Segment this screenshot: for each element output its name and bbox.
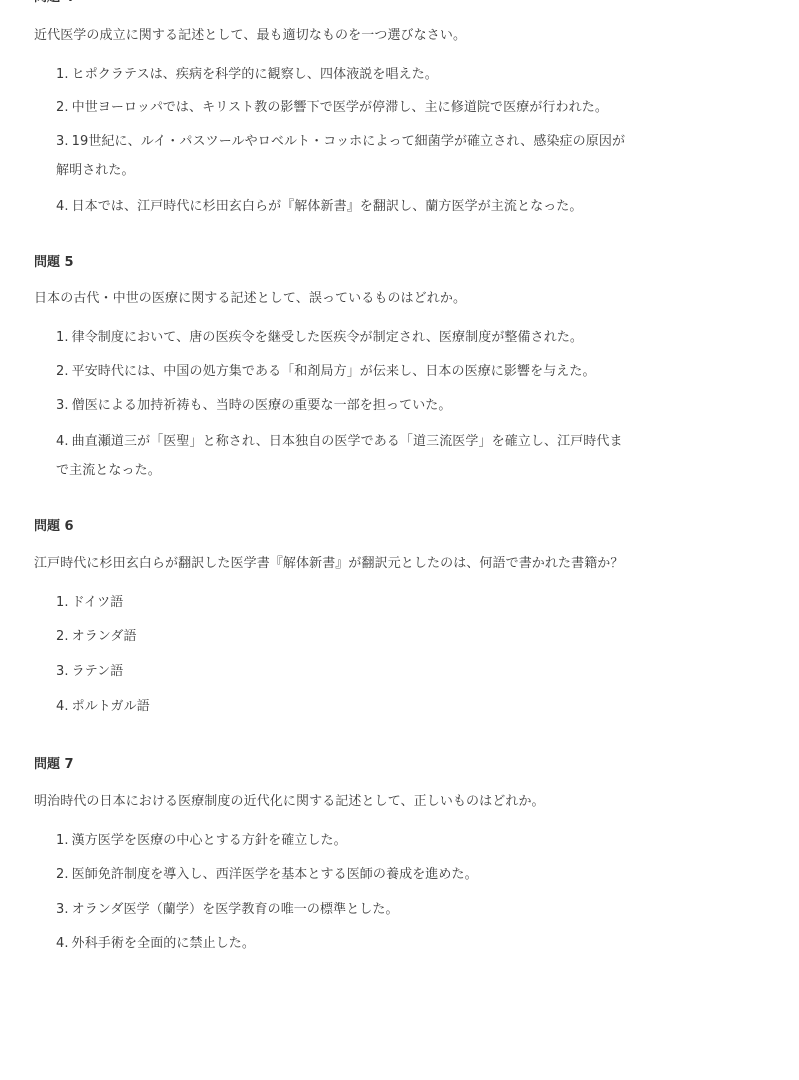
option-number: 2. [56,100,69,115]
option-number: 1. [56,330,69,345]
option-number: 2. [56,867,69,882]
answer-option: 3.僧医による加持祈祷も、当時の医療の重要な一部を担っていた。 [56,398,452,414]
answer-option: 3.オランダ医学（蘭学）を医学教育の唯一の標準とした。 [56,902,399,918]
option-number: 1. [56,833,69,848]
quiz-document: 問題 4 近代医学の成立に関する記述として、最も適切なものを一つ選びなさい。 1… [0,0,799,1080]
option-text: オランダ医学（蘭学）を医学教育の唯一の標準とした。 [72,902,399,917]
option-number: 1. [56,67,69,82]
answer-option: 3.19世紀に、ルイ・パスツールやロベルト・コッホによって細菌学が確立され、感染… [56,134,625,150]
option-text: 中世ヨーロッパでは、キリスト教の影響下で医学が停滞し、主に修道院で医療が行われた… [72,100,608,115]
option-number: 4. [56,699,69,714]
option-text: 律令制度において、唐の医疾令を継受した医疾令が制定され、医療制度が整備された。 [72,330,583,345]
option-number: 4. [56,936,69,951]
question-heading: 問題 4 [34,0,74,6]
question-prompt: 日本の古代・中世の医療に関する記述として、誤っているものはどれか。 [34,291,466,307]
answer-option: 2.平安時代には、中国の処方集である「和剤局方」が伝来し、日本の医療に影響を与え… [56,364,596,380]
answer-option: 2.中世ヨーロッパでは、キリスト教の影響下で医学が停滞し、主に修道院で医療が行わ… [56,100,608,116]
question-heading: 問題 5 [34,255,74,271]
option-text: 外科手術を全面的に禁止した。 [72,936,255,951]
answer-option: 4.外科手術を全面的に禁止した。 [56,936,255,952]
option-number: 2. [56,629,69,644]
option-text: 平安時代には、中国の処方集である「和剤局方」が伝来し、日本の医療に影響を与えた。 [72,364,596,379]
option-text: 医師免許制度を導入し、西洋医学を基本とする医師の養成を進めた。 [72,867,478,882]
option-number: 3. [56,664,69,679]
option-text-continuation: で主流となった。 [56,463,161,479]
option-text-continuation: 解明された。 [56,163,135,179]
answer-option: 2.オランダ語 [56,629,137,645]
option-text: 僧医による加持祈祷も、当時の医療の重要な一部を担っていた。 [72,398,452,413]
answer-option: 4.ポルトガル語 [56,699,150,715]
answer-option: 1.ドイツ語 [56,595,123,611]
answer-option: 4.日本では、江戸時代に杉田玄白らが『解体新書』を翻訳し、蘭方医学が主流となった… [56,199,583,215]
question-prompt: 江戸時代に杉田玄白らが翻訳した医学書『解体新書』が翻訳元としたのは、何語で書かれ… [34,556,624,572]
option-text: ドイツ語 [72,595,124,610]
option-text: オランダ語 [72,629,137,644]
answer-option: 1.ヒポクラテスは、疾病を科学的に観察し、四体液説を唱えた。 [56,67,438,83]
answer-option: 2.医師免許制度を導入し、西洋医学を基本とする医師の養成を進めた。 [56,867,478,883]
option-number: 3. [56,398,69,413]
option-number: 3. [56,902,69,917]
option-text: 漢方医学を医療の中心とする方針を確立した。 [72,833,347,848]
option-number: 1. [56,595,69,610]
option-text: 19世紀に、ルイ・パスツールやロベルト・コッホによって細菌学が確立され、感染症の… [72,134,625,149]
answer-option: 4.曲直瀬道三が「医聖」と称され、日本独自の医学である「道三流医学」を確立し、江… [56,434,623,450]
answer-option: 3.ラテン語 [56,664,123,680]
option-number: 4. [56,434,69,449]
option-number: 4. [56,199,69,214]
option-number: 2. [56,364,69,379]
option-number: 3. [56,134,69,149]
question-prompt: 近代医学の成立に関する記述として、最も適切なものを一つ選びなさい。 [34,28,466,44]
option-text: 日本では、江戸時代に杉田玄白らが『解体新書』を翻訳し、蘭方医学が主流となった。 [72,199,583,214]
question-heading: 問題 7 [34,757,74,773]
answer-option: 1.漢方医学を医療の中心とする方針を確立した。 [56,833,347,849]
question-prompt: 明治時代の日本における医療制度の近代化に関する記述として、正しいものはどれか。 [34,794,545,810]
question-heading: 問題 6 [34,519,74,535]
answer-option: 1.律令制度において、唐の医疾令を継受した医疾令が制定され、医療制度が整備された… [56,330,583,346]
option-text: ポルトガル語 [72,699,150,714]
option-text: 曲直瀬道三が「医聖」と称され、日本独自の医学である「道三流医学」を確立し、江戸時… [72,434,623,449]
option-text: ヒポクラテスは、疾病を科学的に観察し、四体液説を唱えた。 [72,67,438,82]
option-text: ラテン語 [72,664,124,679]
